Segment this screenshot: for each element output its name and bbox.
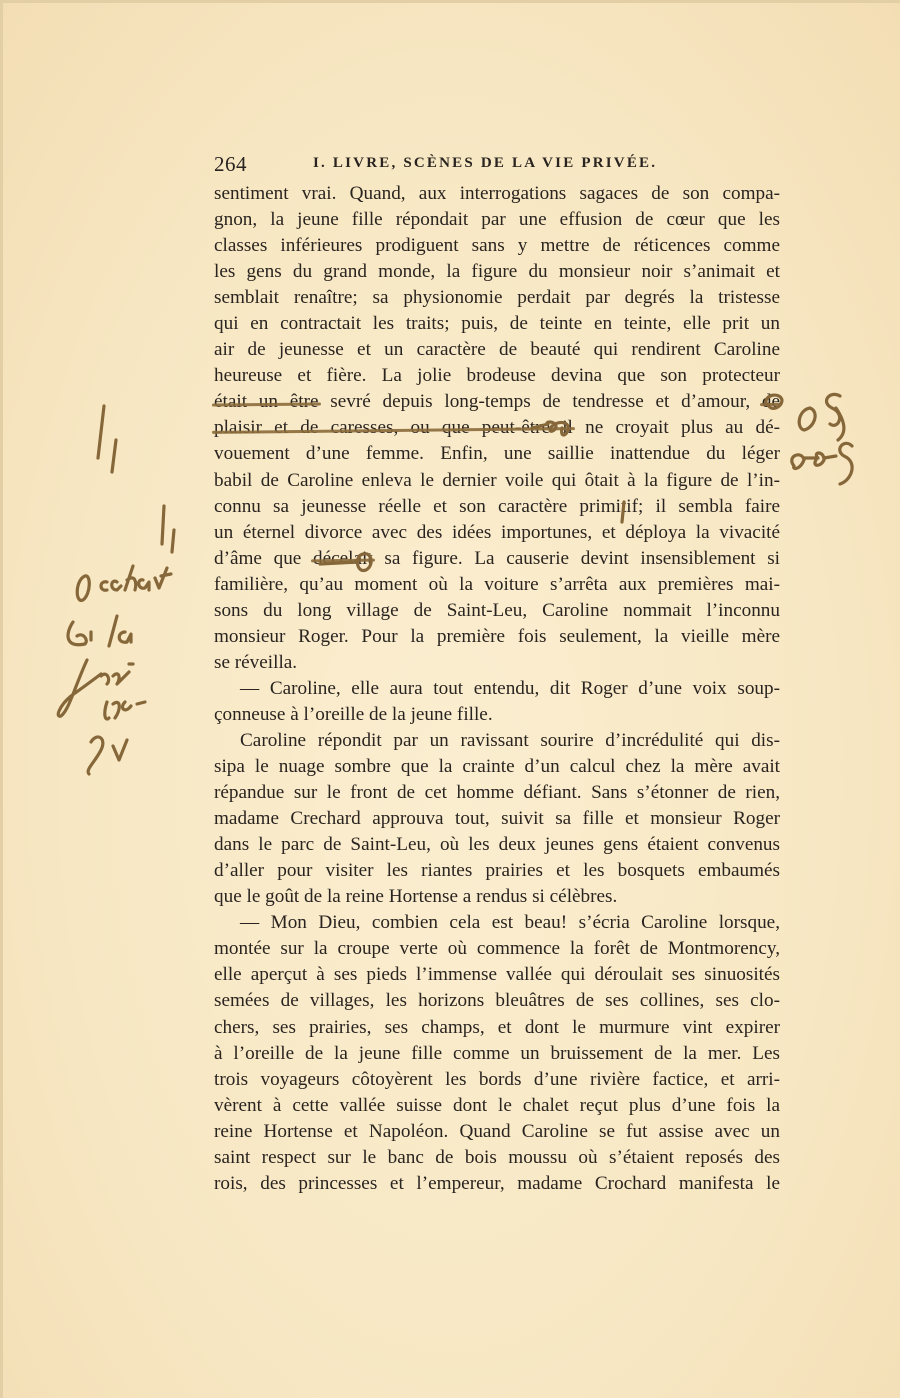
text-line: babil de Caroline enleva le dernier voil… bbox=[214, 468, 780, 494]
text-line: les gens du grand monde, la figure du mo… bbox=[214, 259, 780, 285]
text-segment: monsieur Roger. Pour la première fois se… bbox=[214, 626, 780, 647]
text-segment: d’âme que bbox=[214, 548, 313, 569]
manuscript-page: 264 I. LIVRE, SCÈNES DE LA VIE PRIVÉE. s… bbox=[0, 0, 900, 1398]
page-number: 264 bbox=[214, 152, 247, 177]
text-line: madame Crechard approuva tout, suivit sa… bbox=[214, 806, 780, 832]
text-segment: semblait renaître; sa physionomie perdai… bbox=[214, 287, 780, 308]
text-segment: vouement d’une femme. Enfin, une saillie… bbox=[214, 443, 780, 464]
text-line: elle aperçut à ses pieds l’immense vallé… bbox=[214, 962, 780, 988]
body-text: sentiment vrai. Quand, aux interrogation… bbox=[214, 181, 780, 1197]
text-segment: sevré depuis long-temps de tendresse et … bbox=[319, 391, 762, 412]
text-segment: Caroline répondit par un ravissant souri… bbox=[240, 730, 780, 751]
text-line: vouement d’une femme. Enfin, une saillie… bbox=[214, 441, 780, 467]
text-line: semblait renaître; sa physionomie perdai… bbox=[214, 285, 780, 311]
text-line: semées de villages, les horizons bleuâtr… bbox=[214, 988, 780, 1014]
text-line: était un être sevré depuis long-temps de… bbox=[214, 389, 780, 415]
text-segment: heureuse et fière. La jolie brodeuse dev… bbox=[214, 365, 780, 386]
text-line: çonneuse à l’oreille de la jeune fille. bbox=[214, 702, 780, 728]
struck-text: plaisir et de caresses, ou que peut-être… bbox=[214, 417, 573, 438]
left-margin-stroke-1 bbox=[90, 400, 130, 480]
text-line: répandue sur le front de cet homme défia… bbox=[214, 780, 780, 806]
text-segment: sons du long village de Saint-Leu, Carol… bbox=[214, 600, 780, 621]
text-line: Caroline répondit par un ravissant souri… bbox=[214, 728, 780, 754]
text-line: sipa le nuage sombre que la crainte d’un… bbox=[214, 754, 780, 780]
text-segment: — Caroline, elle aura tout entendu, dit … bbox=[240, 678, 780, 699]
text-segment: reine Hortense et Napoléon. Quand Caroli… bbox=[214, 1121, 780, 1142]
text-line: trois voyageurs côtoyèrent les bords d’u… bbox=[214, 1067, 780, 1093]
text-line: dans le parc de Saint-Leu, où les deux j… bbox=[214, 832, 780, 858]
text-line: heureuse et fière. La jolie brodeuse dev… bbox=[214, 363, 780, 389]
text-line: à l’oreille de la jeune fille comme un b… bbox=[214, 1041, 780, 1067]
text-line: reine Hortense et Napoléon. Quand Caroli… bbox=[214, 1119, 780, 1145]
text-line: un éternel divorce avec des idées import… bbox=[214, 520, 780, 546]
text-line: d’aller pour visiter les riantes prairie… bbox=[214, 858, 780, 884]
text-segment: répandue sur le front de cet homme défia… bbox=[214, 782, 780, 803]
text-segment: à l’oreille de la jeune fille comme un b… bbox=[214, 1043, 780, 1064]
correction-mark-decelait bbox=[318, 548, 378, 578]
text-line: d’âme que décelait sa figure. La causeri… bbox=[214, 546, 780, 572]
text-line: classes inférieures prodiguent sans y me… bbox=[214, 233, 780, 259]
text-segment: un éternel divorce avec des idées import… bbox=[214, 522, 780, 543]
text-segment: gnon, la jeune fille répondait par une e… bbox=[214, 209, 780, 230]
insertion-mark-semicolon bbox=[616, 498, 632, 528]
text-segment: que le goût de la reine Hortense a rendu… bbox=[214, 886, 617, 907]
struck-text: était un être bbox=[214, 391, 319, 412]
text-line: — Mon Dieu, combien cela est beau! s’écr… bbox=[214, 910, 780, 936]
text-segment: familière, qu’au moment où la voiture s’… bbox=[214, 574, 780, 595]
page-header: 264 I. LIVRE, SCÈNES DE LA VIE PRIVÉE. bbox=[214, 152, 780, 180]
text-segment: montée sur la croupe verte où commence l… bbox=[214, 938, 780, 959]
text-segment: sipa le nuage sombre que la crainte d’un… bbox=[214, 756, 780, 777]
text-segment: les gens du grand monde, la figure du mo… bbox=[214, 261, 780, 282]
left-margin-handwritten-note bbox=[55, 560, 205, 780]
text-segment: — Mon Dieu, combien cela est beau! s’écr… bbox=[240, 912, 780, 933]
text-line: familière, qu’au moment où la voiture s’… bbox=[214, 572, 780, 598]
text-line: se réveilla. bbox=[214, 650, 780, 676]
text-line: sons du long village de Saint-Leu, Carol… bbox=[214, 598, 780, 624]
text-line: chers, ses prairies, ses champs, et dont… bbox=[214, 1015, 780, 1041]
text-segment: connu sa jeunesse réelle et son caractèr… bbox=[214, 496, 780, 517]
text-line: vèrent à cette vallée suisse dont le cha… bbox=[214, 1093, 780, 1119]
text-segment: elle aperçut à ses pieds l’immense vallé… bbox=[214, 964, 780, 985]
text-segment: classes inférieures prodiguent sans y me… bbox=[214, 235, 780, 256]
text-segment: sentiment vrai. Quand, aux interrogation… bbox=[214, 183, 780, 204]
left-margin-stroke-2 bbox=[150, 500, 190, 560]
text-line: gnon, la jeune fille répondait par une e… bbox=[214, 207, 780, 233]
insertion-mark-il bbox=[530, 418, 580, 442]
text-line: monsieur Roger. Pour la première fois se… bbox=[214, 624, 780, 650]
text-line: saint respect sur le banc de bois moussu… bbox=[214, 1145, 780, 1171]
text-segment: trois voyageurs côtoyèrent les bords d’u… bbox=[214, 1069, 780, 1090]
text-segment: rois, des princesses et l’empereur, mada… bbox=[214, 1173, 780, 1194]
insertion-mark-de bbox=[760, 390, 790, 414]
text-segment: d’aller pour visiter les riantes prairie… bbox=[214, 860, 780, 881]
text-segment: dans le parc de Saint-Leu, où les deux j… bbox=[214, 834, 780, 855]
text-segment: air de jeunesse et un caractère de beaut… bbox=[214, 339, 780, 360]
text-segment: vèrent à cette vallée suisse dont le cha… bbox=[214, 1095, 780, 1116]
text-segment: madame Crechard approuva tout, suivit sa… bbox=[214, 808, 780, 829]
text-segment: qui en contractait les traits; puis, de … bbox=[214, 313, 780, 334]
text-line: sentiment vrai. Quand, aux interrogation… bbox=[214, 181, 780, 207]
text-segment: saint respect sur le banc de bois moussu… bbox=[214, 1147, 780, 1168]
text-line: connu sa jeunesse réelle et son caractèr… bbox=[214, 494, 780, 520]
text-line: — Caroline, elle aura tout entendu, dit … bbox=[214, 676, 780, 702]
text-segment: ne croyait plus au dé- bbox=[573, 417, 780, 438]
text-line: plaisir et de caresses, ou que peut-être… bbox=[214, 415, 780, 441]
text-line: qui en contractait les traits; puis, de … bbox=[214, 311, 780, 337]
text-segment: semées de villages, les horizons bleuâtr… bbox=[214, 990, 780, 1011]
text-segment: çonneuse à l’oreille de la jeune fille. bbox=[214, 704, 493, 725]
text-segment: babil de Caroline enleva le dernier voil… bbox=[214, 470, 780, 491]
right-margin-correction-mark bbox=[790, 380, 870, 480]
text-line: montée sur la croupe verte où commence l… bbox=[214, 936, 780, 962]
running-title: I. LIVRE, SCÈNES DE LA VIE PRIVÉE. bbox=[313, 155, 657, 172]
text-line: air de jeunesse et un caractère de beaut… bbox=[214, 337, 780, 363]
text-segment: sa figure. La causerie devint insensible… bbox=[373, 548, 780, 569]
text-line: que le goût de la reine Hortense a rendu… bbox=[214, 884, 780, 910]
text-segment: se réveilla. bbox=[214, 652, 297, 673]
text-line: rois, des princesses et l’empereur, mada… bbox=[214, 1171, 780, 1197]
text-segment: chers, ses prairies, ses champs, et dont… bbox=[214, 1017, 780, 1038]
